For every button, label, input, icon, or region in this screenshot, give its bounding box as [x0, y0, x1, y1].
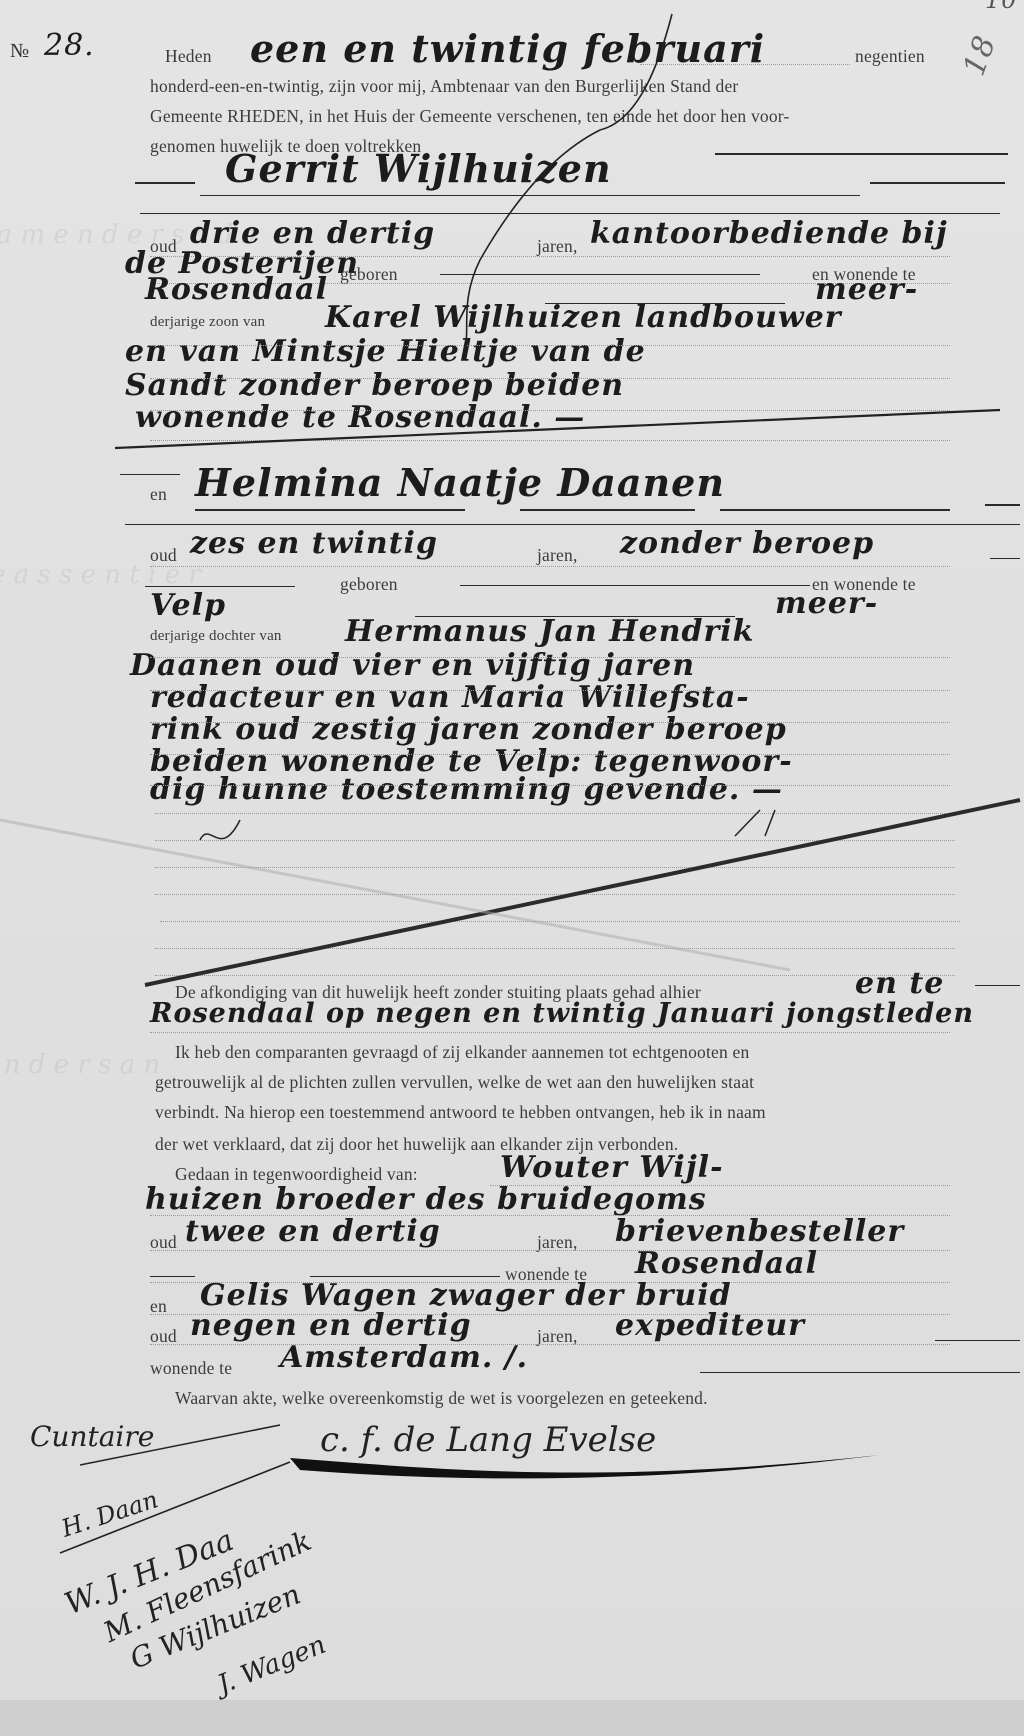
- printed-geboren-2: geboren: [340, 574, 398, 595]
- dotted-line: [640, 64, 850, 65]
- dotted-line: [150, 722, 950, 723]
- dotted-line: [150, 754, 950, 755]
- signature-1: Cuntaire: [30, 1420, 154, 1453]
- hw-witness1-b: huizen broeder des bruidegoms: [145, 1182, 707, 1217]
- printed-waarvan: Waarvan akte, welke overeenkomstig de we…: [175, 1388, 708, 1409]
- signature-6: J. Wagen: [214, 1630, 331, 1700]
- printed-w-wonende-te-2: wonende te: [150, 1358, 232, 1379]
- filler-rule: [135, 182, 195, 184]
- printed-derjarige-dochter-van: derjarige dochter van: [150, 628, 282, 645]
- dotted-line: [155, 975, 955, 976]
- hw-bride-parents-3: redacteur en van Maria Willefsta-: [150, 680, 750, 715]
- hw-witness1-age: twee en dertig: [185, 1214, 441, 1249]
- filler-rule: [440, 274, 760, 275]
- hw-bride-occupation: zonder beroep: [620, 526, 874, 561]
- dotted-line: [150, 410, 950, 411]
- filler-rule: [120, 474, 180, 475]
- bleed-through: a n d e r s a n: [0, 1050, 160, 1080]
- filler-rule: [200, 195, 860, 196]
- filler-rule: [140, 213, 1000, 214]
- filler-rule: [870, 182, 1005, 184]
- printed-negentien: negentien: [855, 46, 925, 67]
- filler-rule: [310, 1276, 500, 1277]
- hw-witness1-occupation: brievenbesteller: [615, 1214, 904, 1249]
- signature-official: c. f. de Lang Evelse: [320, 1420, 656, 1460]
- printed-jaren-2: jaren,: [537, 545, 578, 566]
- hw-witness2-occupation: expediteur: [615, 1308, 805, 1343]
- hw-witness2-residence: Amsterdam. /.: [280, 1340, 528, 1375]
- hw-bride-residence: Velp: [150, 588, 226, 623]
- corner-mark: 10: [985, 0, 1018, 14]
- record-number: 28.: [44, 28, 95, 63]
- dotted-line: [150, 785, 950, 786]
- hw-bride-meer: meer-: [775, 586, 878, 621]
- hw-groom-parents-4: wonende te Rosendaal. —: [135, 400, 585, 435]
- printed-vraag-3: verbindt. Na hierop een toestemmend antw…: [155, 1102, 766, 1123]
- printed-heden: Heden: [165, 46, 212, 67]
- hw-bride-parents-2: Daanen oud vier en vijftig jaren: [130, 648, 695, 683]
- hw-bride-parents-6: dig hunne toestemming gevende. —: [150, 772, 783, 807]
- printed-vraag-2: getrouwelijk al de plichten zullen vervu…: [155, 1072, 754, 1093]
- hw-bride-parents-1: Hermanus Jan Hendrik: [345, 614, 754, 649]
- filler-rule: [700, 1372, 1020, 1373]
- hw-bride-name: Helmina Naatje Daanen: [195, 460, 725, 505]
- dotted-line: [150, 440, 950, 441]
- filler-rule: [150, 1276, 195, 1277]
- signature-2: H. Daan: [58, 1485, 161, 1542]
- dotted-line: [150, 1344, 950, 1345]
- hw-bride-age: zes en twintig: [190, 526, 438, 561]
- hw-witness1-residence: Rosendaal: [635, 1246, 818, 1281]
- dotted-line: [155, 867, 955, 868]
- filler-rule: [195, 509, 465, 511]
- hw-witness2-age: negen en dertig: [190, 1308, 472, 1343]
- printed-jaren: jaren,: [537, 236, 578, 257]
- hw-witness1-a: Wouter Wijl-: [500, 1150, 724, 1185]
- dotted-line: [155, 894, 955, 895]
- dotted-line: [150, 690, 950, 691]
- filler-rule: [460, 585, 810, 586]
- dotted-line: [150, 657, 950, 658]
- hw-groom-name: Gerrit Wijlhuizen: [225, 146, 612, 191]
- printed-derjarige-zoon-van: derjarige zoon van: [150, 314, 265, 331]
- hw-afkondiging-b: Rosendaal op negen en twintig Januari jo…: [150, 998, 974, 1029]
- hw-groom-parents-2: en van Mintsje Hieltje van de: [125, 334, 646, 369]
- printed-geboren: geboren: [340, 264, 398, 285]
- dotted-line: [150, 345, 950, 346]
- printed-oud-2: oud: [150, 545, 177, 566]
- margin-annotation: 18: [957, 31, 1004, 81]
- printed-line-3: Gemeente RHEDEN, in het Huis der Gemeent…: [150, 106, 790, 127]
- hw-groom-parents-3: Sandt zonder beroep beiden: [125, 368, 624, 403]
- dotted-line: [150, 566, 950, 567]
- filler-rule: [985, 504, 1020, 506]
- hw-groom-parents-1: Karel Wijlhuizen landbouwer: [325, 300, 842, 335]
- dotted-line: [150, 1032, 950, 1033]
- dotted-line: [155, 813, 955, 814]
- filler-rule: [125, 524, 1020, 525]
- filler-rule: [520, 509, 695, 511]
- filler-rule: [935, 1340, 1020, 1341]
- filler-rule: [990, 558, 1020, 559]
- record-number-label: №: [10, 40, 29, 63]
- dotted-line: [150, 378, 950, 379]
- hw-bride-parents-4: rink oud zestig jaren zonder beroep: [150, 712, 787, 747]
- hw-groom-occupation-a: kantoorbediende bij: [590, 216, 948, 251]
- hw-groom-residence: Rosendaal: [145, 272, 328, 307]
- filler-rule: [720, 509, 950, 511]
- dotted-line: [155, 948, 955, 949]
- dotted-line: [160, 921, 960, 922]
- printed-vraag-1: Ik heb den comparanten gevraagd of zij e…: [175, 1042, 749, 1063]
- dotted-line: [150, 1250, 950, 1251]
- filler-rule: [975, 985, 1020, 986]
- printed-line-2: honderd-een-en-twintig, zijn voor mij, A…: [150, 76, 738, 97]
- filler-rule: [715, 153, 1008, 155]
- printed-en: en: [150, 484, 167, 505]
- dotted-line: [155, 840, 955, 841]
- hw-afkondiging-a: en te: [855, 966, 944, 1001]
- filler-rule: [145, 586, 295, 587]
- civil-marriage-record-page: l a m e n d e r s a d s e a s s e n t i …: [0, 0, 1024, 1736]
